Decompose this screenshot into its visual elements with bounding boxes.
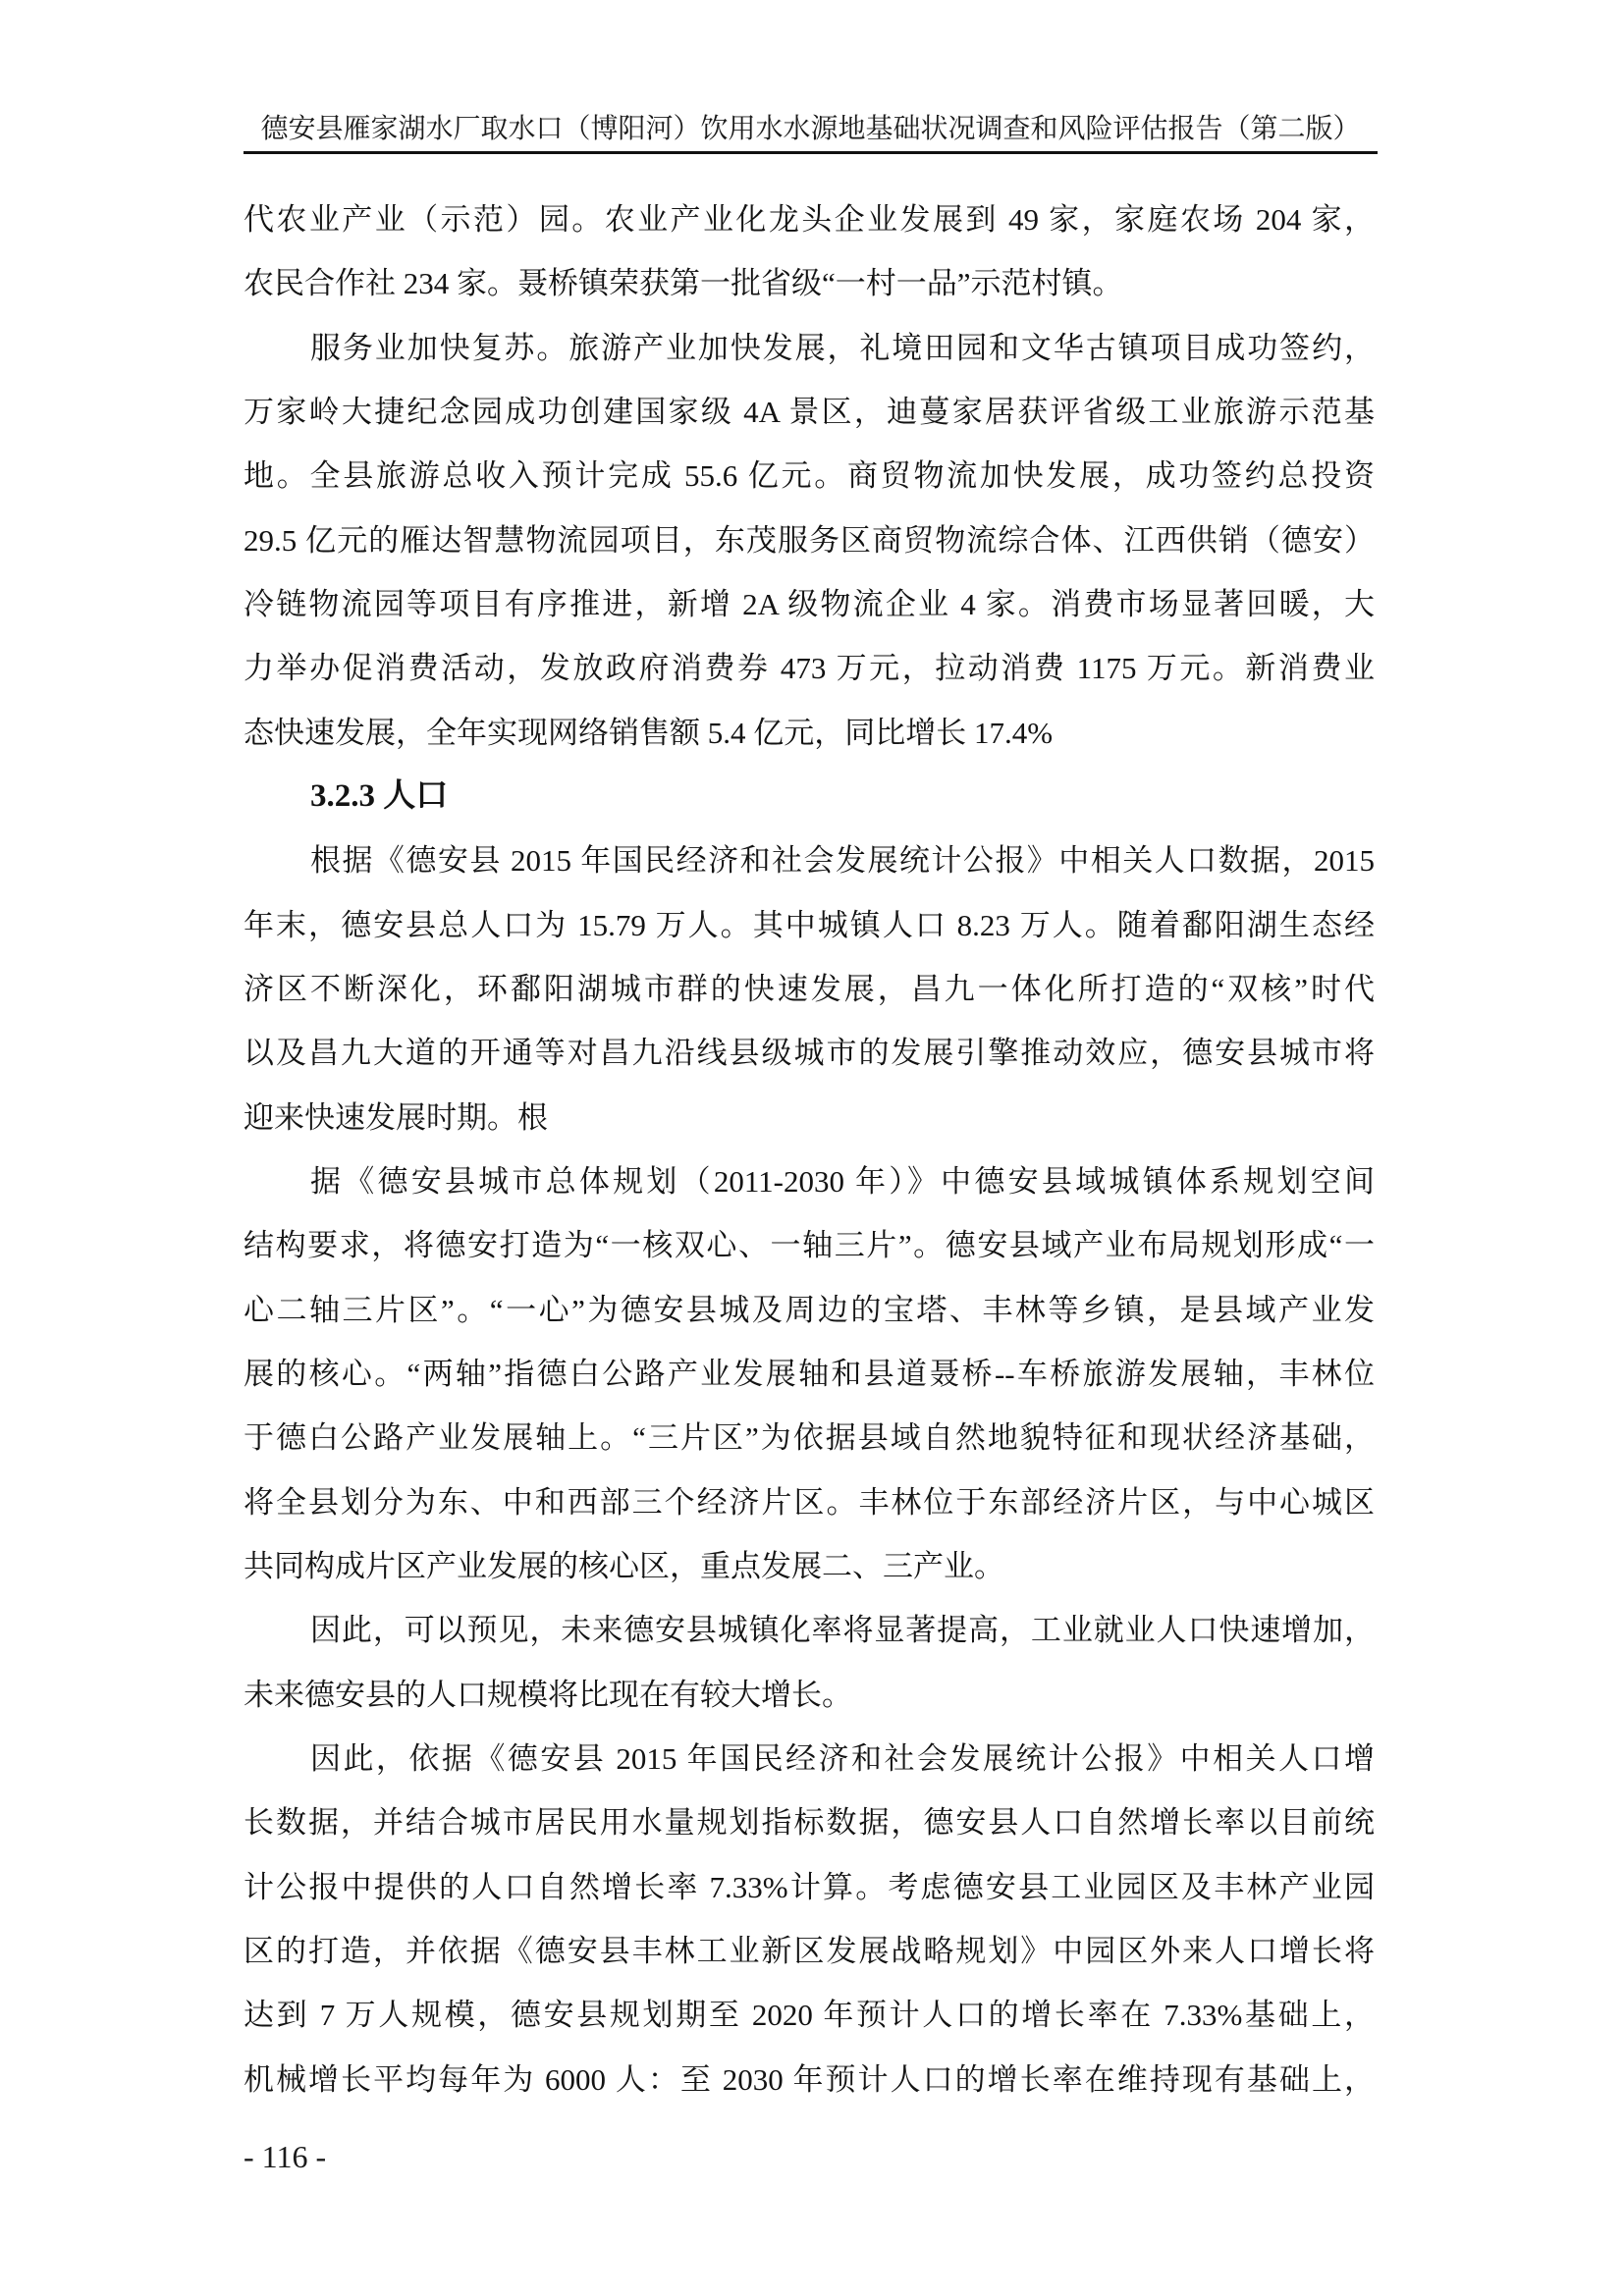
text-line: 冷链物流园等项目有序推进，新增 2A 级物流企业 4 家。消费市场显著回暖，大 (244, 572, 1375, 636)
text-line: 以及昌九大道的开通等对昌九沿线县级城市的发展引擎推动效应，德安县城市将 (244, 1021, 1375, 1085)
text-line: 计公报中提供的人口自然增长率 7.33%计算。考虑德安县工业园区及丰林产业园 (244, 1855, 1375, 1919)
page-number: - 116 - (244, 2139, 326, 2174)
text-line: 万家岭大捷纪念园成功创建国家级 4A 景区，迪蔓家居获评省级工业旅游示范基 (244, 380, 1375, 444)
page-footer: - 116 - (244, 2132, 326, 2181)
text-line: 力举办促消费活动，发放政府消费券 473 万元，拉动消费 1175 万元。新消费… (244, 636, 1375, 700)
document-page: 德安县雁家湖水厂取水口（博阳河）饮用水水源地基础状况调查和风险评估报告（第二版）… (0, 0, 1624, 2296)
text-line: 年末，德安县总人口为 15.79 万人。其中城镇人口 8.23 万人。随着鄱阳湖… (244, 893, 1375, 957)
text-line: 达到 7 万人规模，德安县规划期至 2020 年预计人口的增长率在 7.33%基… (244, 1983, 1375, 2047)
text-line: 代农业产业（示范）园。农业产业化龙头企业发展到 49 家，家庭农场 204 家， (244, 187, 1375, 251)
report-title: 德安县雁家湖水厂取水口（博阳河）饮用水水源地基础状况调查和风险评估报告（第二版） (260, 110, 1360, 149)
section-heading: 3.2.3 人口 (244, 765, 1375, 828)
text-line: 服务业加快复苏。旅游产业加快发展，礼境田园和文华古镇项目成功签约， (244, 316, 1375, 380)
text-line: 济区不断深化，环鄱阳湖城市群的快速发展，昌九一体化所打造的“双核”时代 (244, 957, 1375, 1021)
text-line: 于德白公路产业发展轴上。“三片区”为依据县域自然地貌特征和现状经济基础， (244, 1406, 1375, 1469)
text-line: 结构要求，将德安打造为“一核双心、一轴三片”。德安县域产业布局规划形成“一 (244, 1213, 1375, 1277)
text-line: 因此，依据《德安县 2015 年国民经济和社会发展统计公报》中相关人口增 (244, 1727, 1375, 1790)
text-line: 长数据，并结合城市居民用水量规划指标数据，德安县人口自然增长率以目前统 (244, 1790, 1375, 1854)
text-line: 根据《德安县 2015 年国民经济和社会发展统计公报》中相关人口数据，2015 (244, 828, 1375, 892)
text-line: 因此，可以预见，未来德安县城镇化率将显著提高，工业就业人口快速增加， (244, 1598, 1375, 1662)
text-line: 态快速发展，全年实现网络销售额 5.4 亿元，同比增长 17.4% (244, 701, 1375, 765)
text-line: 心二轴三片区”。“一心”为德安县城及周边的宝塔、丰林等乡镇，是县域产业发 (244, 1278, 1375, 1342)
document-body: 代农业产业（示范）园。农业产业化龙头企业发展到 49 家，家庭农场 204 家，… (244, 187, 1375, 2111)
page-header: 德安县雁家湖水厂取水口（博阳河）饮用水水源地基础状况调查和风险评估报告（第二版） (244, 110, 1378, 154)
text-line: 展的核心。“两轴”指德白公路产业发展轴和县道聂桥--车桥旅游发展轴，丰林位 (244, 1342, 1375, 1406)
text-line: 29.5 亿元的雁达智慧物流园项目，东茂服务区商贸物流综合体、江西供销（德安） (244, 508, 1375, 572)
text-line: 未来德安县的人口规模将比现在有较大增长。 (244, 1663, 1375, 1727)
text-line: 地。全县旅游总收入预计完成 55.6 亿元。商贸物流加快发展，成功签约总投资 (244, 444, 1375, 507)
text-line: 共同构成片区产业发展的核心区，重点发展二、三产业。 (244, 1534, 1375, 1598)
text-line: 迎来快速发展时期。根 (244, 1086, 1375, 1149)
text-line: 将全县划分为东、中和西部三个经济片区。丰林位于东部经济片区，与中心城区 (244, 1470, 1375, 1534)
text-line: 机械增长平均每年为 6000 人：至 2030 年预计人口的增长率在维持现有基础… (244, 2048, 1375, 2111)
text-line: 区的打造，并依据《德安县丰林工业新区发展战略规划》中园区外来人口增长将 (244, 1919, 1375, 1983)
text-line: 农民合作社 234 家。聂桥镇荣获第一批省级“一村一品”示范村镇。 (244, 251, 1375, 315)
text-line: 据《德安县城市总体规划（2011-2030 年）》中德安县域城镇体系规划空间 (244, 1149, 1375, 1213)
